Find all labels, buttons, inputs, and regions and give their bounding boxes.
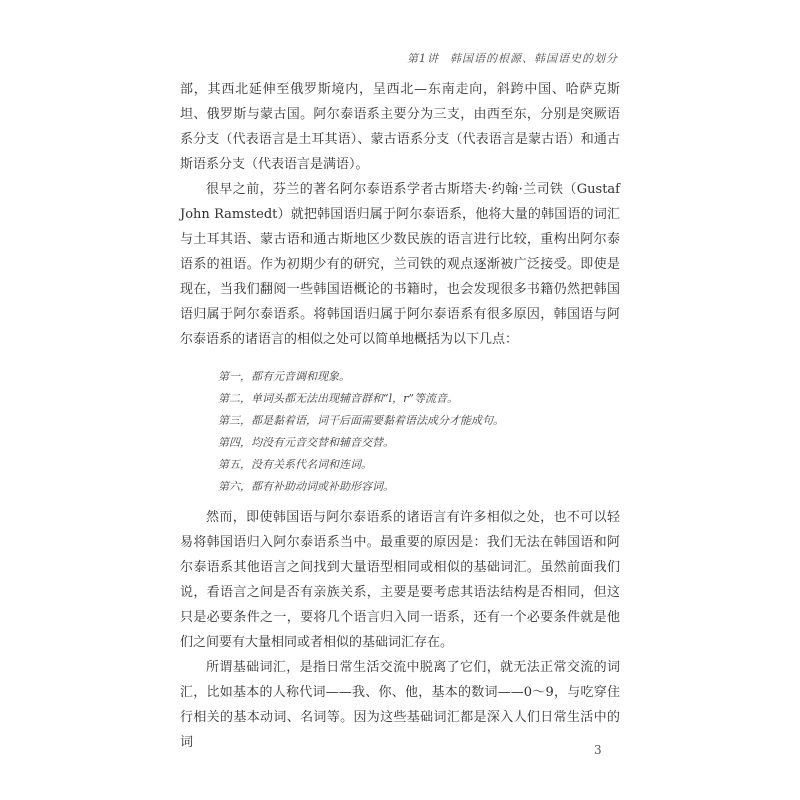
paragraph-basic-vocabulary: 所谓基础词汇，是指日常生活交流中脱离了它们，就无法正常交流的词汇，比如基本的人称… — [180, 655, 620, 755]
list-item: 第二，单词头都无法出现辅音群和“l，r”等流音。 — [218, 388, 620, 410]
page-header: 第1讲韩国语的根源、韩国语史的划分 — [407, 50, 618, 66]
page-number: 3 — [594, 743, 602, 757]
list-item: 第一，都有元音调和现象。 — [218, 366, 620, 388]
list-item: 第五，没有关系代名词和连词。 — [218, 454, 620, 476]
list-item: 第四，均没有元音交替和辅音交替。 — [218, 432, 620, 454]
book-page: 第1讲韩国语的根源、韩国语史的划分 部，其西北延伸至俄罗斯境内，呈西北—东南走向… — [0, 0, 800, 800]
similarity-points-list: 第一，都有元音调和现象。 第二，单词头都无法出现辅音群和“l，r”等流音。 第三… — [180, 366, 620, 498]
chapter-label: 第1讲 — [407, 52, 439, 65]
paragraph-continuation: 部，其西北延伸至俄罗斯境内，呈西北—东南走向，斜跨中国、哈萨克斯坦、俄罗斯与蒙古… — [180, 77, 620, 177]
paragraph-however: 然而，即使韩国语与阿尔泰语系的诸语言有许多相似之处，也不可以轻易将韩国语归入阿尔… — [180, 505, 620, 655]
paragraph-ramstedt: 很早之前，芬兰的著名阿尔泰语系学者古斯塔夫·约翰·兰司铁（Gustaf John… — [180, 177, 620, 352]
body-text: 部，其西北延伸至俄罗斯境内，呈西北—东南走向，斜跨中国、哈萨克斯坦、俄罗斯与蒙古… — [180, 77, 620, 755]
list-item: 第三，都是黏着语，词干后面需要黏着语法成分才能成句。 — [218, 410, 620, 432]
list-item: 第六，都有补助动词或补助形容词。 — [218, 476, 620, 498]
header-title: 韩国语的根源、韩国语史的划分 — [450, 52, 618, 65]
